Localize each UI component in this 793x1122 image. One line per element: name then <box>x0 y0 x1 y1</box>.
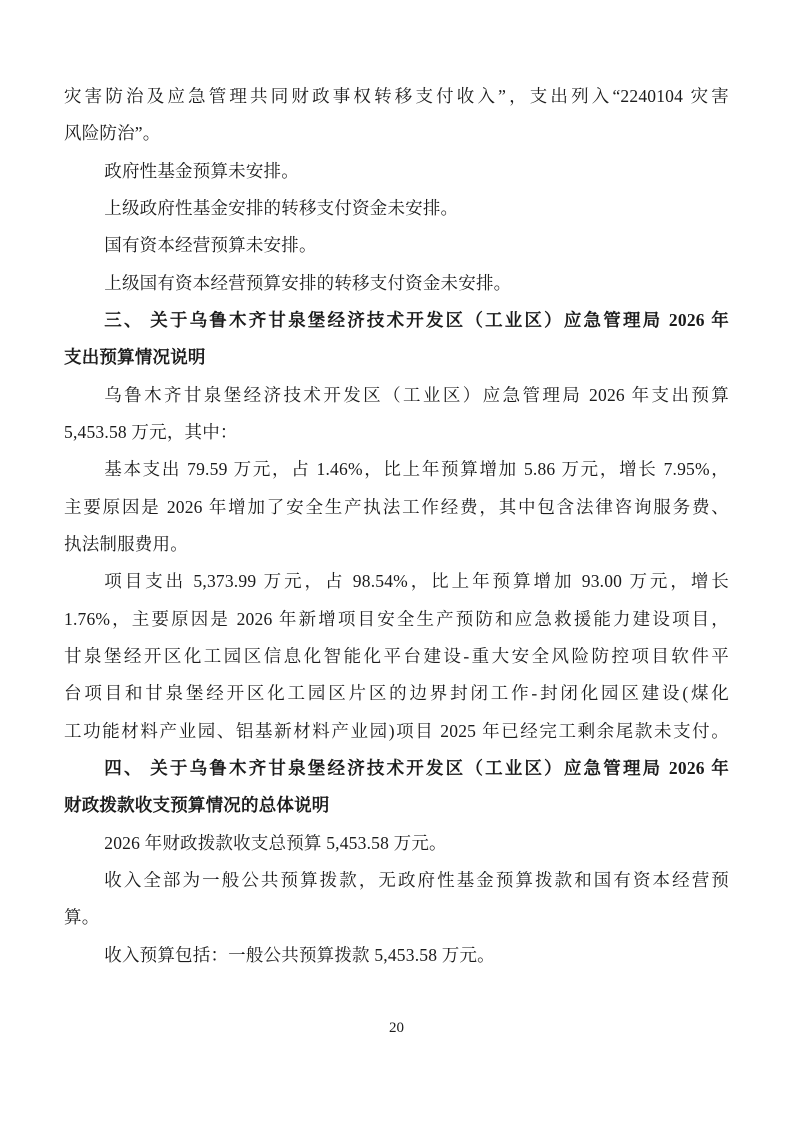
document-page: 灾害防治及应急管理共同财政事权转移支付收入”，支出列入“2240104 灾害 风… <box>0 0 793 1122</box>
doc-line: 1.76%，主要原因是 2026 年新增项目安全生产预防和应急救援能力建设项目， <box>64 601 729 638</box>
doc-line: 乌鲁木齐甘泉堡经济技术开发区（工业区）应急管理局 2026 年支出预算 <box>64 377 729 414</box>
doc-line: 项目支出 5,373.99 万元，占 98.54%，比上年预算增加 93.00 … <box>64 563 729 600</box>
doc-line: 台项目和甘泉堡经开区化工园区片区的边界封闭工作-封闭化园区建设(煤化 <box>64 675 729 712</box>
doc-line: 收入全部为一般公共预算拨款，无政府性基金预算拨款和国有资本经营预 <box>64 862 729 899</box>
section-3-heading-line-1: 三、 关于乌鲁木齐甘泉堡经济技术开发区（工业区）应急管理局 2026 年 <box>64 302 729 339</box>
page-number: 20 <box>0 1018 793 1038</box>
doc-line: 政府性基金预算未安排。 <box>64 153 729 190</box>
section-4-heading-line-1: 四、 关于乌鲁木齐甘泉堡经济技术开发区（工业区）应急管理局 2026 年 <box>64 750 729 787</box>
doc-line: 工功能材料产业园、铝基新材料产业园)项目 2025 年已经完工剩余尾款未支付。 <box>64 713 729 750</box>
section-4-heading-line-2: 财政拨款收支预算情况的总体说明 <box>64 787 729 824</box>
doc-line: 执法制服费用。 <box>64 526 729 563</box>
doc-line: 5,453.58 万元，其中： <box>64 414 729 451</box>
doc-line: 主要原因是 2026 年增加了安全生产执法工作经费，其中包含法律咨询服务费、 <box>64 489 729 526</box>
doc-line: 上级国有资本经营预算安排的转移支付资金未安排。 <box>64 265 729 302</box>
doc-line: 甘泉堡经开区化工园区信息化智能化平台建设-重大安全风险防控项目软件平 <box>64 638 729 675</box>
doc-line: 灾害防治及应急管理共同财政事权转移支付收入”，支出列入“2240104 灾害 <box>64 78 729 115</box>
doc-line: 国有资本经营预算未安排。 <box>64 227 729 264</box>
doc-line: 基本支出 79.59 万元，占 1.46%，比上年预算增加 5.86 万元，增长… <box>64 451 729 488</box>
doc-line: 算。 <box>64 899 729 936</box>
doc-line: 2026 年财政拨款收支总预算 5,453.58 万元。 <box>64 825 729 862</box>
document-body: 灾害防治及应急管理共同财政事权转移支付收入”，支出列入“2240104 灾害 风… <box>64 78 729 974</box>
doc-line: 上级政府性基金安排的转移支付资金未安排。 <box>64 190 729 227</box>
doc-line: 风险防治”。 <box>64 115 729 152</box>
section-3-heading-line-2: 支出预算情况说明 <box>64 339 729 376</box>
doc-line: 收入预算包括：一般公共预算拨款 5,453.58 万元。 <box>64 937 729 974</box>
